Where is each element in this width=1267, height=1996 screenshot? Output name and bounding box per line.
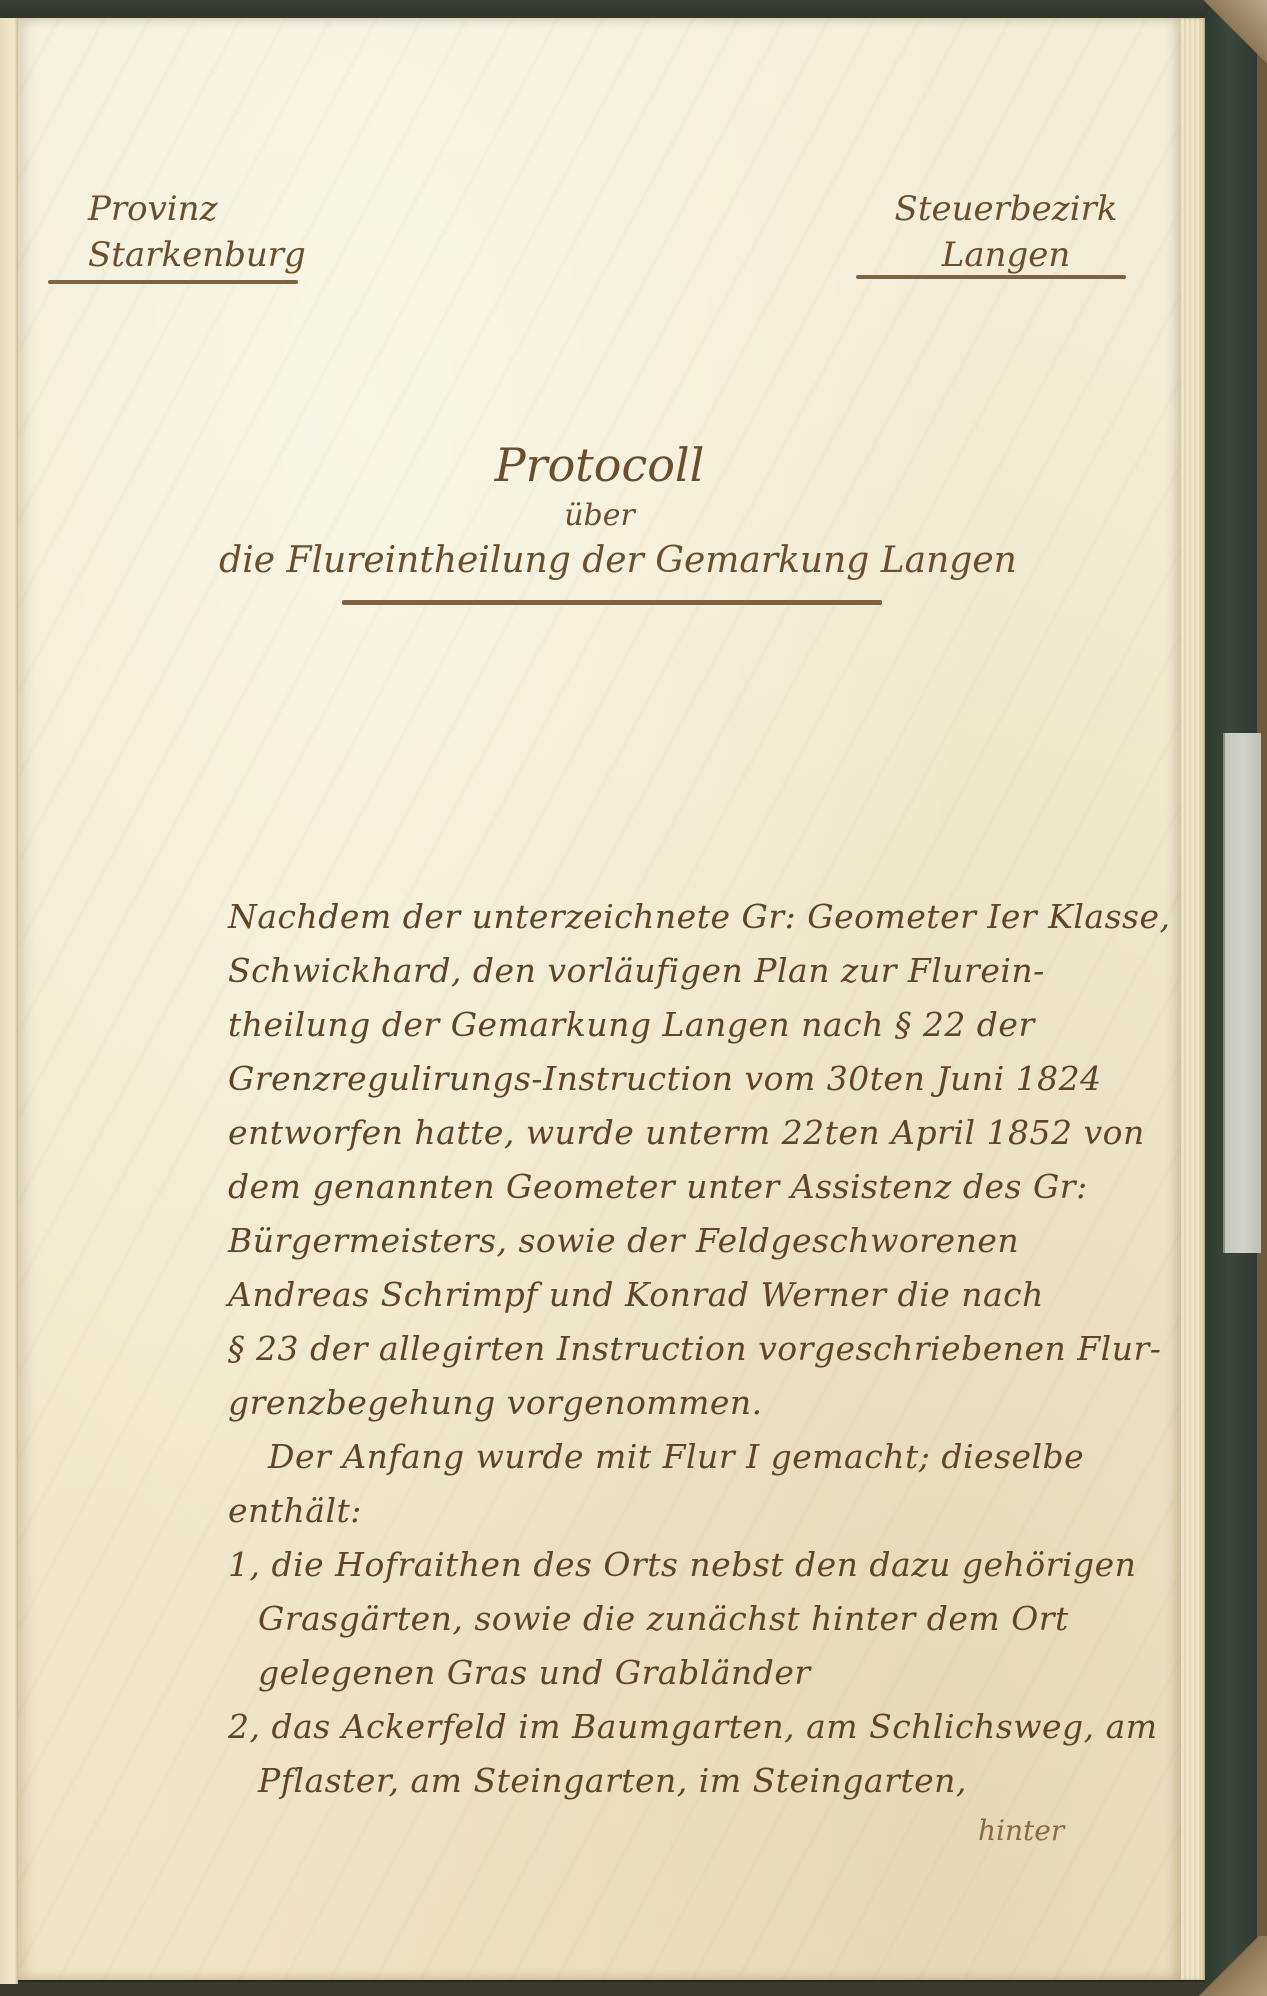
body-line: Grenzregulirungs-Instruction vom 30ten J…	[228, 1052, 1188, 1106]
bookmark-slip	[1223, 733, 1261, 1253]
list-item-1-cont: gelegenen Gras und Grabländer	[228, 1646, 1188, 1700]
body-line: Nachdem der unterzeichnete Gr: Geometer …	[228, 890, 1188, 944]
title-underline	[342, 600, 882, 605]
body-line: Der Anfang wurde mit Flur I gemacht; die…	[228, 1430, 1188, 1484]
body-line: Schwickhard, den vorläufigen Plan zur Fl…	[228, 944, 1188, 998]
body-line: grenzbegehung vorgenommen.	[228, 1376, 1188, 1430]
book-cover-top	[0, 0, 1267, 18]
book-cover-bottom	[0, 1982, 1267, 1996]
header-right-underline	[856, 275, 1126, 279]
body-line: Andreas Schrimpf und Konrad Werner die n…	[228, 1268, 1188, 1322]
body-line: Bürgermeisters, sowie der Feldgeschworen…	[228, 1214, 1188, 1268]
document-title-preposition: über	[18, 498, 1181, 533]
header-province-name: Starkenburg	[88, 232, 306, 278]
catchword: hinter	[978, 1814, 1064, 1847]
list-item-2: 2, das Ackerfeld im Baumgarten, am Schli…	[228, 1700, 1188, 1754]
body-line: dem genannten Geometer unter Assistenz d…	[228, 1160, 1188, 1214]
header-left-underline	[48, 280, 298, 284]
header-district-label: Steuerbezirk	[876, 186, 1136, 232]
manuscript-page: Provinz Starkenburg Steuerbezirk Langen …	[18, 18, 1181, 1980]
list-item-2-cont: Pflaster, am Steingarten, im Steingarten…	[228, 1754, 1188, 1808]
header-district-name: Langen	[876, 232, 1136, 278]
header-district: Steuerbezirk Langen	[876, 186, 1136, 278]
header-province: Provinz Starkenburg	[88, 186, 306, 278]
list-item-1: 1, die Hofraithen des Orts nebst den daz…	[228, 1538, 1188, 1592]
body-line: theilung der Gemarkung Langen nach § 22 …	[228, 998, 1188, 1052]
body-line: entworfen hatte, wurde unterm 22ten Apri…	[228, 1106, 1188, 1160]
list-item-1-cont: Grasgärten, sowie die zunächst hinter de…	[228, 1592, 1188, 1646]
body-line: enthält:	[228, 1484, 1188, 1538]
document-title: Protocoll	[18, 438, 1181, 492]
body-line: § 23 der allegirten Instruction vorgesch…	[228, 1322, 1188, 1376]
leather-corner-top	[1197, 0, 1267, 70]
header-province-label: Provinz	[88, 186, 306, 232]
document-subtitle: die Flureintheilung der Gemarkung Langen	[188, 540, 1048, 581]
protocol-body: Nachdem der unterzeichnete Gr: Geometer …	[228, 890, 1188, 1808]
previous-page-edge	[0, 18, 18, 1984]
